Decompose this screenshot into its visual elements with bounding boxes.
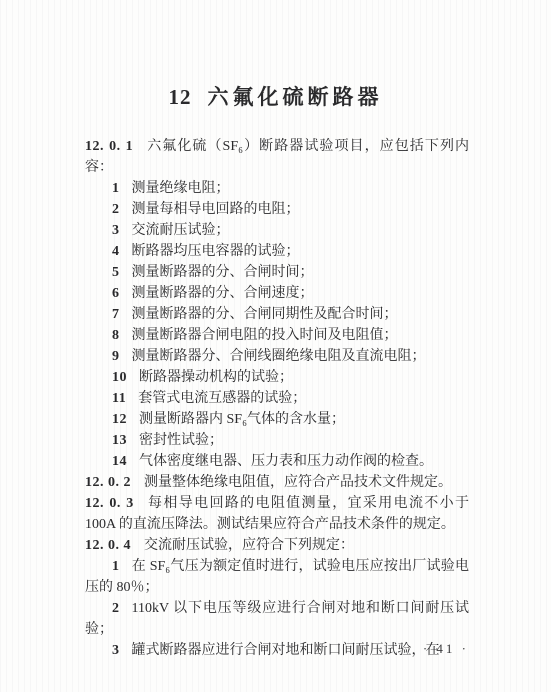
list-item: 4断路器均压电容器的试验； bbox=[85, 241, 469, 262]
document-body: 12. 0. 1六氟化硫（SF₆）断路器试验项目，应包括下列内容：1测量绝缘电阻… bbox=[85, 136, 469, 661]
list-item-text: 测量断路器内 SF₆气体的含水量； bbox=[139, 412, 345, 427]
list-item-number: 4 bbox=[112, 244, 120, 259]
list-item-text: 交流耐压试验； bbox=[132, 223, 230, 238]
page-number: · 41 · bbox=[85, 641, 469, 657]
list-item-number: 9 bbox=[112, 349, 120, 364]
clause-paragraph: 12. 0. 1六氟化硫（SF₆）断路器试验项目，应包括下列内容： bbox=[85, 136, 469, 178]
list-item-number: 1 bbox=[112, 559, 120, 574]
list-item: 13密封性试验； bbox=[85, 430, 469, 451]
clause-text: 测量整体绝缘电阻值，应符合产品技术文件规定。 bbox=[144, 475, 452, 490]
list-item: 1在 SF₆气压为额定值时进行，试验电压应按出厂试验电压的 80％； bbox=[85, 556, 469, 598]
clause-paragraph: 12. 0. 3每相导电回路的电阻值测量，宜采用电流不小于 100A 的直流压降… bbox=[85, 493, 469, 535]
list-item-text: 断路器均压电容器的试验； bbox=[132, 244, 300, 259]
list-item: 7测量断路器的分、合闸同期性及配合时间； bbox=[85, 304, 469, 325]
list-item-text: 测量每相导电回路的电阻； bbox=[132, 202, 300, 217]
clause-number: 12. 0. 2 bbox=[85, 475, 131, 490]
list-item: 6测量断路器的分、合闸速度； bbox=[85, 283, 469, 304]
list-item: 2测量每相导电回路的电阻； bbox=[85, 199, 469, 220]
list-item-text: 测量断路器合闸电阻的投入时间及电阻值； bbox=[132, 328, 398, 343]
clause-text: 六氟化硫（SF₆）断路器试验项目，应包括下列内容： bbox=[85, 139, 469, 175]
list-item-number: 5 bbox=[112, 265, 120, 280]
list-item: 3交流耐压试验； bbox=[85, 220, 469, 241]
clause-text: 交流耐压试验，应符合下列规定： bbox=[144, 538, 354, 553]
list-item-text: 在 SF₆气压为额定值时进行，试验电压应按出厂试验电压的 80％； bbox=[85, 559, 469, 595]
list-item: 11套管式电流互感器的试验； bbox=[85, 388, 469, 409]
list-item-text: 测量绝缘电阻； bbox=[132, 181, 230, 196]
list-item-number: 13 bbox=[112, 433, 127, 448]
list-item-text: 气体密度继电器、压力表和压力动作阀的检查。 bbox=[139, 454, 433, 469]
list-item-text: 断路器操动机构的试验； bbox=[139, 370, 293, 385]
list-item-text: 测量断路器的分、合闸时间； bbox=[132, 265, 314, 280]
list-item-number: 2 bbox=[112, 202, 120, 217]
list-item-number: 7 bbox=[112, 307, 120, 322]
list-item-text: 测量断路器的分、合闸速度； bbox=[132, 286, 314, 301]
clause-number: 12. 0. 4 bbox=[85, 538, 131, 553]
list-item-number: 14 bbox=[112, 454, 127, 469]
list-item-number: 10 bbox=[112, 370, 127, 385]
list-item-text: 110kV 以下电压等级应进行合闸对地和断口间耐压试验； bbox=[85, 601, 469, 637]
list-item-text: 套管式电流互感器的试验； bbox=[138, 391, 306, 406]
list-item: 14气体密度继电器、压力表和压力动作阀的检查。 bbox=[85, 451, 469, 472]
list-item: 2110kV 以下电压等级应进行合闸对地和断口间耐压试验； bbox=[85, 598, 469, 640]
chapter-title: 12六氟化硫断路器 bbox=[0, 82, 551, 112]
list-item-number: 11 bbox=[112, 391, 126, 406]
list-item: 9测量断路器分、合闸线圈绝缘电阻及直流电阻； bbox=[85, 346, 469, 367]
list-item: 8测量断路器合闸电阻的投入时间及电阻值； bbox=[85, 325, 469, 346]
list-item-text: 测量断路器的分、合闸同期性及配合时间； bbox=[132, 307, 398, 322]
list-item-number: 6 bbox=[112, 286, 120, 301]
list-item-text: 测量断路器分、合闸线圈绝缘电阻及直流电阻； bbox=[132, 349, 426, 364]
scanned-document-page: 12六氟化硫断路器 12. 0. 1六氟化硫（SF₆）断路器试验项目，应包括下列… bbox=[0, 0, 551, 692]
clause-text: 每相导电回路的电阻值测量，宜采用电流不小于 100A 的直流压降法。测试结果应符… bbox=[85, 496, 469, 532]
list-item-text: 密封性试验； bbox=[139, 433, 223, 448]
list-item-number: 12 bbox=[112, 412, 127, 427]
list-item: 10断路器操动机构的试验； bbox=[85, 367, 469, 388]
chapter-number: 12 bbox=[169, 85, 192, 109]
clause-paragraph: 12. 0. 2测量整体绝缘电阻值，应符合产品技术文件规定。 bbox=[85, 472, 469, 493]
chapter-title-text: 六氟化硫断路器 bbox=[208, 85, 383, 109]
list-item: 5测量断路器的分、合闸时间； bbox=[85, 262, 469, 283]
clause-number: 12. 0. 1 bbox=[85, 139, 133, 154]
list-item-number: 2 bbox=[112, 601, 120, 616]
clause-paragraph: 12. 0. 4交流耐压试验，应符合下列规定： bbox=[85, 535, 469, 556]
list-item: 1测量绝缘电阻； bbox=[85, 178, 469, 199]
list-item: 12测量断路器内 SF₆气体的含水量； bbox=[85, 409, 469, 430]
list-item-number: 1 bbox=[112, 181, 120, 196]
list-item-number: 3 bbox=[112, 223, 120, 238]
clause-number: 12. 0. 3 bbox=[85, 496, 134, 511]
list-item-number: 8 bbox=[112, 328, 120, 343]
